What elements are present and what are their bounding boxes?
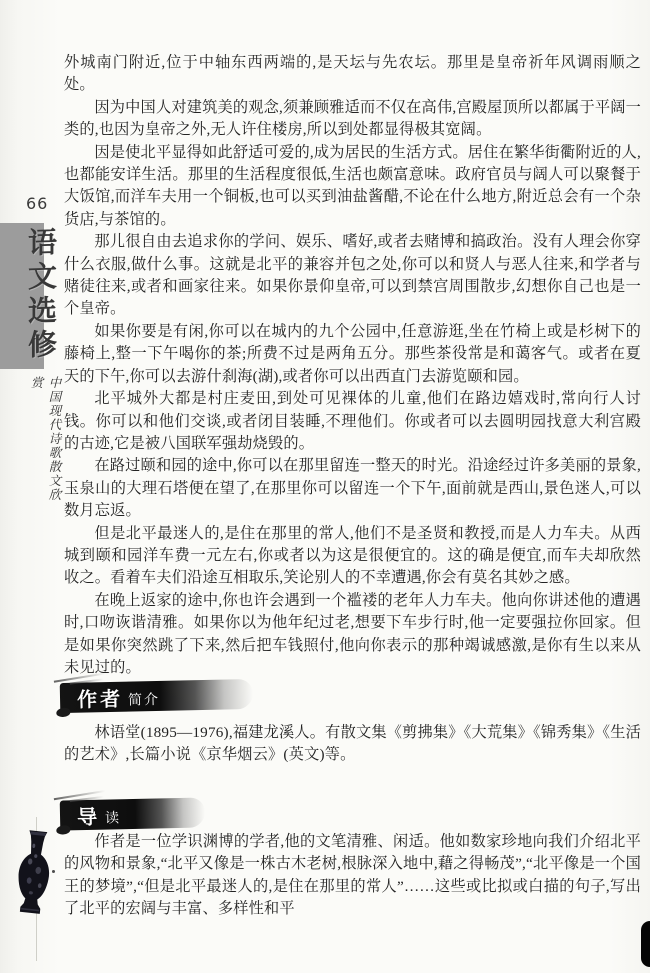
series-subtitle-vertical: 中国现代诗歌散文欣赏	[27, 376, 63, 511]
essay-paragraph: 北平城外大都是村庄麦田,到处可见裸体的儿童,他们在路边嬉戏时,常向行人讨钱。你可…	[64, 388, 641, 455]
vase-icon	[16, 829, 52, 917]
essay-body: 外城南门附近,位于中轴东西两端的,是天坛与先农坛。那里是皇帝祈年风调雨顺之处。 …	[64, 52, 641, 679]
essay-paragraph: 那儿很自由去追求你的学问、娱乐、嗜好,或者去赌博和搞政治。没有人理会你穿什么衣服…	[64, 231, 641, 321]
ink-dot-decoration	[52, 870, 55, 873]
author-bio-paragraph: 林语堂(1895—1976),福建龙溪人。有散文集《剪拂集》《大荒集》《锦秀集》…	[64, 722, 641, 767]
guide-section-subtitle: 读	[105, 807, 121, 827]
essay-paragraph: 在晚上返家的途中,你也许会遇到一个褴褛的老年人力车夫。他向你讲述他的遭遇时,口吻…	[64, 590, 641, 680]
guide-text: 作者是一位学识渊博的学者,他的文笔清雅、闲适。他如数家珍地向我们介绍北平的风物和…	[64, 831, 641, 921]
author-section-banner: 作者 简介	[60, 679, 254, 713]
guide-section-banner: 导 读	[60, 797, 206, 830]
essay-paragraph: 在路过颐和园的途中,你可以在那里留连一整天的时光。沿途经过许多美丽的景象,玉泉山…	[64, 455, 641, 522]
book-page: 66 语文选修 中国现代诗歌散文欣赏 外城南门附近,位于中轴东西两端的,是天坛与…	[0, 0, 650, 973]
series-title-vertical: 语文选修	[22, 226, 58, 369]
essay-paragraph: 但是北平最迷人的,是住在那里的常人,他们不是圣贤和教授,而是人力车夫。从西城到颐…	[64, 523, 641, 590]
guide-paragraph: 作者是一位学识渊博的学者,他的文笔清雅、闲适。他如数家珍地向我们介绍北平的风物和…	[64, 831, 641, 921]
author-bio: 林语堂(1895—1976),福建龙溪人。有散文集《剪拂集》《大荒集》《锦秀集》…	[64, 722, 641, 767]
essay-paragraph: 如果你要是有闲,你可以在城内的九个公园中,任意游逛,坐在竹椅上或是杉树下的藤椅上…	[64, 321, 641, 388]
page-edge-mark	[641, 921, 650, 967]
essay-paragraph: 外城南门附近,位于中轴东西两端的,是天坛与先农坛。那里是皇帝祈年风调雨顺之处。	[64, 52, 641, 97]
guide-section-title: 导	[77, 800, 101, 829]
essay-paragraph: 因为中国人对建筑美的观念,须兼顾雅适而不仅在高伟,宫殿屋顶所以都属于平阔一类的,…	[64, 97, 641, 142]
page-number: 66	[26, 194, 48, 213]
ink-blob-decoration	[56, 708, 70, 717]
author-section-title: 作者	[77, 682, 124, 712]
essay-paragraph: 因是使北平显得如此舒适可爱的,成为居民的生活方式。居住在繁华街衢附近的人,也都能…	[64, 142, 641, 232]
author-section-subtitle: 简介	[128, 689, 160, 710]
